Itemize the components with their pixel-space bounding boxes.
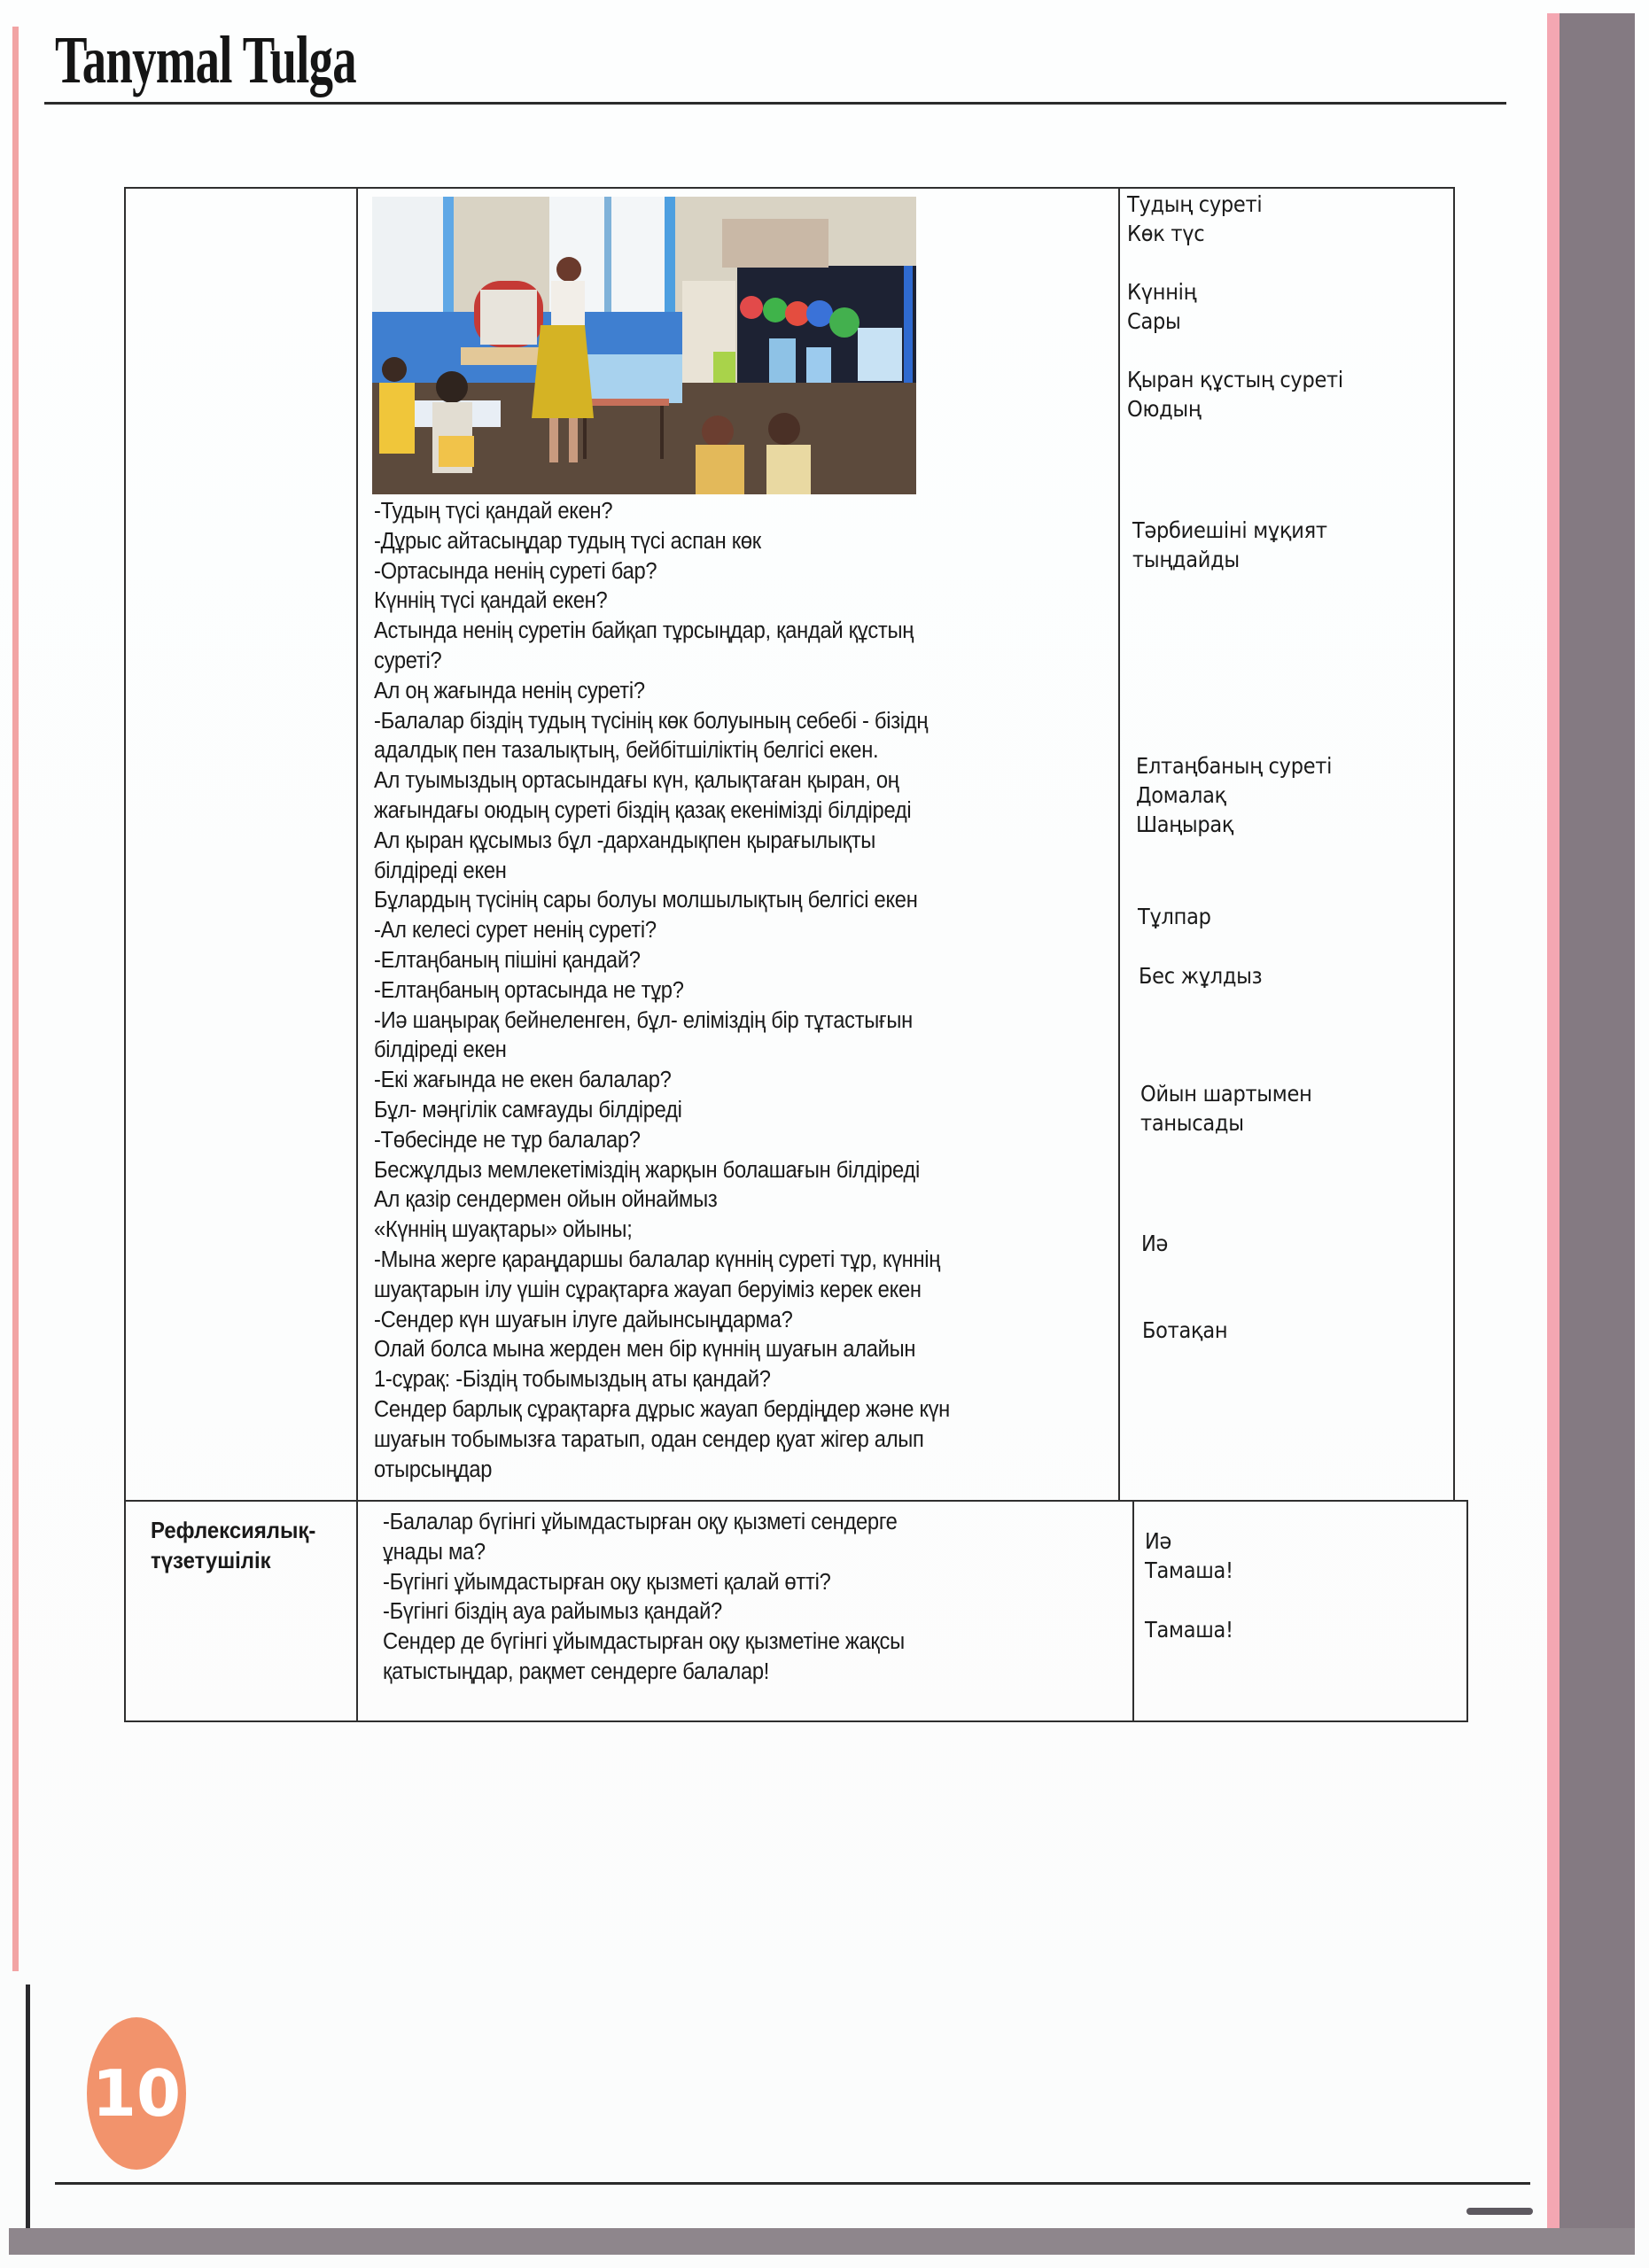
- table-top-border: [124, 187, 1455, 189]
- table-col-divider-2-upper: [1118, 187, 1120, 1502]
- response-line: Шаңырақ: [1136, 810, 1332, 839]
- teacher-line: білдіреді екен: [374, 1036, 950, 1066]
- response-line: Тамаша!: [1145, 1556, 1233, 1585]
- response-line: Қыран құстың суреті: [1127, 365, 1343, 394]
- teacher-line: суреті?: [374, 647, 950, 677]
- teacher-line: Ал қазір сендермен ойын ойнаймыз: [374, 1185, 950, 1216]
- teacher-line: -Балалар бүгінгі ұйымдастырған оқу қызме…: [383, 1508, 905, 1538]
- page-number-badge: 10: [87, 2017, 186, 2170]
- child-response-4: Тәрбиешіні мұқияттыңдайды: [1132, 516, 1327, 574]
- child-response-3: Қыран құстың суретіОюдың: [1127, 365, 1343, 423]
- bottom-edge-background: [9, 2228, 1635, 2255]
- child-response-9: Иә: [1141, 1229, 1168, 1258]
- teacher-line: «Күннің шуақтары» ойыны;: [374, 1216, 950, 1246]
- teacher-activity-text-row-1: -Тудың түсі қандай екен?-Дұрыс айтасыңда…: [374, 497, 950, 1485]
- teacher-line: -Бүгінгі біздің ауа райымыз қандай?: [383, 1597, 905, 1627]
- response-line: Домалақ: [1136, 781, 1332, 810]
- teacher-line: -Елтаңбаның ортасында не тұр?: [374, 976, 950, 1006]
- teacher-line: жағындағы оюдың суреті біздің қазақ екен…: [374, 796, 950, 827]
- magazine-page: Tanymal Tulga: [0, 0, 1649, 2268]
- teacher-line: Олай болса мына жерден мен бір күннің шу…: [374, 1335, 950, 1365]
- teacher-line: ұнады ма?: [383, 1538, 905, 1568]
- left-edge-shadow: [26, 1984, 30, 2228]
- teacher-line: отырсыңдар: [374, 1456, 950, 1486]
- teacher-line: -Ал келесі сурет ненің суреті?: [374, 916, 950, 946]
- teacher-line: адалдық пен тазалықтың, бейбітшіліктің б…: [374, 736, 950, 766]
- response-line: Тудың суреті: [1127, 190, 1262, 219]
- teacher-line: шуақтарын ілу үшін сұрақтарға жауап беру…: [374, 1276, 950, 1306]
- child-response-5: Елтаңбаның суретіДомалақШаңырақ: [1136, 751, 1332, 839]
- table-bottom-border: [124, 1720, 1468, 1722]
- child-response-6: Тұлпар: [1138, 902, 1211, 931]
- header-rule: [44, 102, 1506, 105]
- teacher-line: -Тудың түсі қандай екен?: [374, 497, 950, 527]
- response-line: Иә: [1141, 1229, 1168, 1258]
- teacher-line: -Балалар біздің тудың түсінің көк болуын…: [374, 707, 950, 737]
- teacher-line: -Елтаңбаның пішіні қандай?: [374, 946, 950, 976]
- teacher-line: -Иә шаңырақ бейнеленген, бұл- еліміздің …: [374, 1006, 950, 1037]
- child-response-10: Ботақан: [1142, 1316, 1227, 1345]
- teacher-line: Күннің түсі қандай екен?: [374, 586, 950, 617]
- teacher-line: -Бүгінгі ұйымдастырған оқу қызметі қалай…: [383, 1568, 905, 1598]
- child-response-2: КүнніңСары: [1127, 277, 1196, 336]
- stage-label-line: түзетушілік: [151, 1545, 315, 1575]
- teacher-line: Сендер де бүгінгі ұйымдастырған оқу қызм…: [383, 1627, 905, 1658]
- teacher-line: -Дұрыс айтасыңдар тудың түсі аспан көк: [374, 527, 950, 557]
- left-edge-stripe: [12, 27, 19, 1971]
- teacher-line: -Ортасында ненің суреті бар?: [374, 557, 950, 587]
- response-line: тыңдайды: [1132, 545, 1327, 574]
- table-right-border-upper: [1453, 187, 1455, 1502]
- table-col-divider-1: [356, 187, 358, 1722]
- child-response-1: Тудың суретіКөк түс: [1127, 190, 1262, 248]
- response-line: Бес жұлдыз: [1139, 961, 1262, 990]
- teacher-line: -Мына жерге қараңдаршы балалар күннің су…: [374, 1246, 950, 1276]
- teacher-line: -Төбесінде не тұр балалар?: [374, 1126, 950, 1156]
- stage-label-reflective: Рефлексиялық-түзетушілік: [151, 1515, 315, 1575]
- right-edge-background: [1560, 13, 1635, 2255]
- table-left-border: [124, 187, 126, 1722]
- teacher-line: Ал туымыздың ортасындағы күн, қалықтаған…: [374, 766, 950, 796]
- teacher-line: шуағын тобымызға таратып, одан сендер қу…: [374, 1425, 950, 1456]
- teacher-line: қатыстыңдар, рақмет сендерге балалар!: [383, 1658, 905, 1688]
- footer-rule: [55, 2182, 1530, 2185]
- stage-label-line: Рефлексиялық-: [151, 1515, 315, 1545]
- teacher-line: білдіреді екен: [374, 857, 950, 887]
- child-response-8: Ойын шартыментанысады: [1140, 1079, 1312, 1138]
- response-line: Оюдың: [1127, 394, 1343, 423]
- response-line: танысады: [1140, 1108, 1312, 1138]
- response-line: Ойын шартымен: [1140, 1079, 1312, 1108]
- teacher-line: Ал оң жағында ненің суреті?: [374, 677, 950, 707]
- teacher-line: Астында ненің суретін байқап тұрсыңдар, …: [374, 617, 950, 647]
- response-line: Тәрбиешіні мұқият: [1132, 516, 1327, 545]
- teacher-line: Бұл- мәңгілік самғауды білдіреді: [374, 1096, 950, 1126]
- response-line: Тұлпар: [1138, 902, 1211, 931]
- table-row-divider: [124, 1500, 1468, 1502]
- child-response-row2-1: ИәТамаша!: [1145, 1526, 1233, 1585]
- magazine-title: Tanymal Tulga: [55, 27, 356, 94]
- teacher-line: Бесжұлдыз мемлекетіміздің жарқын болашағ…: [374, 1156, 950, 1186]
- classroom-photo: [372, 197, 916, 494]
- response-line: Күннің: [1127, 277, 1196, 307]
- teacher-line: 1-сұрақ: -Біздің тобымыздың аты қандай?: [374, 1365, 950, 1395]
- teacher-line: Сендер барлық сұрақтарға дұрыс жауап бер…: [374, 1395, 950, 1425]
- table-col-divider-2-lower: [1132, 1500, 1134, 1722]
- teacher-line: -Екі жағында не екен балалар?: [374, 1066, 950, 1096]
- table-right-border-lower: [1466, 1500, 1468, 1722]
- response-line: Ботақан: [1142, 1316, 1227, 1345]
- teacher-line: Бұлардың түсінің сары болуы молшылықтың …: [374, 886, 950, 916]
- teacher-line: Ал қыран құсымыз бұл -дархандықпен қырағ…: [374, 827, 950, 857]
- response-line: Елтаңбаның суреті: [1136, 751, 1332, 781]
- bottom-edge-shadow: [1466, 2208, 1533, 2215]
- teacher-line: -Сендер күн шуағын ілуге дайынсыңдарма?: [374, 1306, 950, 1336]
- response-line: Көк түс: [1127, 219, 1262, 248]
- teacher-activity-text-row-2: -Балалар бүгінгі ұйымдастырған оқу қызме…: [383, 1508, 905, 1688]
- response-line: Сары: [1127, 307, 1196, 336]
- child-response-row2-2: Тамаша!: [1145, 1615, 1233, 1644]
- child-response-7: Бес жұлдыз: [1139, 961, 1262, 990]
- classroom-photo-illustration: [372, 197, 916, 494]
- response-line: Иә: [1145, 1526, 1233, 1556]
- response-line: Тамаша!: [1145, 1615, 1233, 1644]
- right-edge-stripe: [1547, 13, 1560, 2228]
